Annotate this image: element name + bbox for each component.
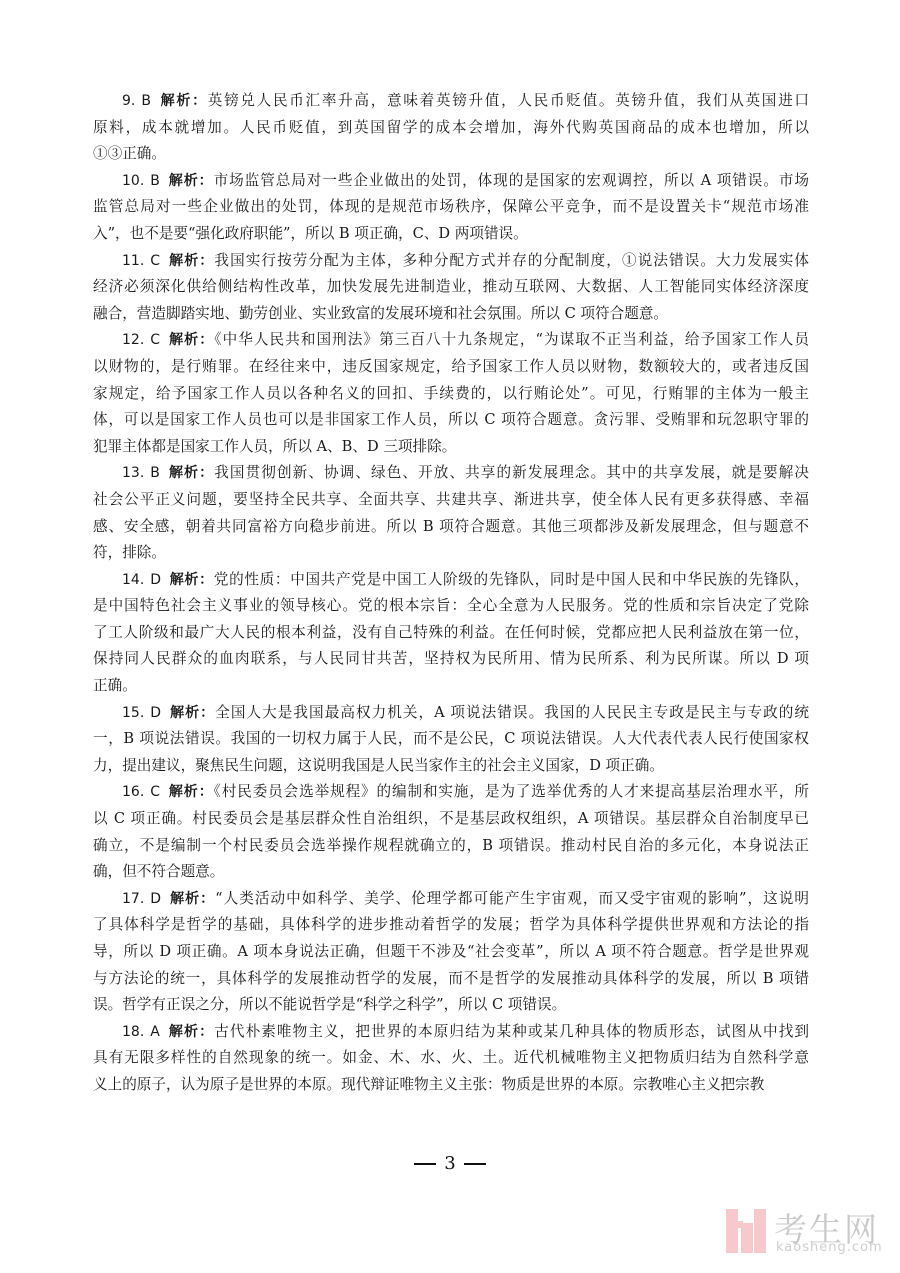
question-number: 12. bbox=[122, 332, 144, 348]
answer-line: 力，提出建议，聚焦民生问题，这说明我国是人民当家作主的社会主义国家，D 项正确。 bbox=[93, 753, 809, 780]
question-number: 9. bbox=[122, 93, 135, 109]
explanation-text: 符，排除。 bbox=[93, 544, 166, 561]
answer-line: 误。哲学有正误之分，所以不能说哲学是“科学之科学”，所以 C 项错误。 bbox=[93, 992, 809, 1019]
explanation-text: 是中国特色社会主义事业的领导核心。党的根本宗旨：全心全意为人民服务。党的性质和宗… bbox=[93, 597, 809, 614]
answer-first-line: 9.B解析：英镑兑人民币汇率升高，意味着英镑升值，人民币贬值。英镑升值，我们从英… bbox=[93, 88, 809, 115]
page-number: 3 bbox=[0, 1153, 900, 1174]
answer-item: 16.C解析：《村民委员会选举规程》的编制和实施，是为了选举优秀的人才来提高基层… bbox=[93, 779, 809, 885]
answer-line: 感、安全感，朝着共同富裕方向稳步前进。所以 B 项符合题意。其他三项都涉及新发展… bbox=[93, 514, 809, 541]
dash-right bbox=[464, 1163, 486, 1165]
answer-line: 原料，成本就增加。人民币贬值，到英国留学的成本会增加，海外代购英国商品的成本也增… bbox=[93, 115, 809, 142]
watermark: 考生网 kaosheng.com bbox=[726, 1204, 896, 1264]
answer-letter: B bbox=[150, 465, 160, 481]
answer-letter: C bbox=[150, 332, 160, 348]
answer-line: 入”，也不是要“强化政府职能”，所以 B 项正确，C、D 两项错误。 bbox=[93, 221, 809, 248]
answer-line: 保持同人民群众的血肉联系，与人民同甘共苦，坚持权为民所用、情为民所系、利为民所谋… bbox=[93, 646, 809, 673]
explanation-text: 社会公平正义问题，要坚持全民共享、全面共享、共建共享、渐进共享，使全体人民有更多… bbox=[93, 491, 809, 508]
answer-letter: A bbox=[150, 1024, 160, 1040]
analysis-label: 解析： bbox=[169, 572, 214, 588]
answer-line: 经济必须深化供给侧结构性改革，加快发展先进制造业，推动互联网、大数据、人工智能同… bbox=[93, 274, 809, 301]
answer-first-line: 16.C解析：《村民委员会选举规程》的编制和实施，是为了选举优秀的人才来提高基层… bbox=[93, 779, 809, 806]
answer-line: 社会公平正义问题，要坚持全民共享、全面共享、共建共享、渐进共享，使全体人民有更多… bbox=[93, 487, 809, 514]
answer-letter: C bbox=[150, 784, 160, 800]
analysis-label: 解析： bbox=[159, 93, 208, 109]
answer-first-line: 15.D解析：全国人大是我国最高权力机关，A 项说法错误。我国的人民民主专政是民… bbox=[93, 700, 809, 727]
answer-line: 监管总局对一些企业做出的处罚，体现的是规范市场秩序，保障公平竞争，而不是设置关卡… bbox=[93, 194, 809, 221]
explanation-text: 误。哲学有正误之分，所以不能说哲学是“科学之科学”，所以 C 项错误。 bbox=[93, 996, 566, 1013]
explanation-text: 古代朴素唯物主义，把世界的本原归结为某种或某几种具体的物质形态，试图从中找到 bbox=[214, 1023, 809, 1040]
analysis-label: 解析： bbox=[168, 332, 214, 348]
answer-line: 家规定，给予国家工作人员以各种名义的回扣、手续费的，以行贿论处”。可见，行贿罪的… bbox=[93, 381, 809, 408]
answer-line: 正确。 bbox=[93, 673, 809, 700]
answer-item: 12.C解析：《中华人民共和国刑法》第三百八十九条规定，“为谋取不正当利益，给予… bbox=[93, 327, 809, 460]
explanation-text: 犯罪主体都是国家工作人员，所以 A、B、D 三项排除。 bbox=[93, 438, 456, 455]
explanation-text: 具有无限多样性的自然现象的统一。如金、木、水、火、土。近代机械唯物主义把物质归结… bbox=[93, 1049, 809, 1066]
explanation-text: 义上的原子，认为原子是世界的本原。现代辩证唯物主义主张：物质是世界的本原。宗教唯… bbox=[93, 1076, 764, 1093]
answer-line: 以财物的，是行贿罪。在经往来中，违反国家规定，给予国家工作人员以财物，数额较大的… bbox=[93, 354, 809, 381]
answer-line: 符，排除。 bbox=[93, 540, 809, 567]
dash-left bbox=[414, 1163, 436, 1165]
answer-line: 犯罪主体都是国家工作人员，所以 A、B、D 三项排除。 bbox=[93, 434, 809, 461]
answer-letter: B bbox=[141, 93, 151, 109]
answer-item: 13.B解析：我国贯彻创新、协调、绿色、开放、共享的新发展理念。其中的共享发展，… bbox=[93, 460, 809, 566]
answer-line: 义上的原子，认为原子是世界的本原。现代辩证唯物主义主张：物质是世界的本原。宗教唯… bbox=[93, 1072, 809, 1099]
answer-item: 18.A解析：古代朴素唯物主义，把世界的本原归结为某种或某几种具体的物质形态，试… bbox=[93, 1019, 809, 1099]
explanation-text: 党的性质：中国共产党是中国工人阶级的先锋队，同时是中国人民和中华民族的先锋队， bbox=[214, 571, 809, 588]
analysis-label: 解析： bbox=[168, 784, 214, 800]
answer-line: 以 C 项正确。村民委员会是基层群众性自治组织，不是基层政权组织，A 项错误。基… bbox=[93, 806, 809, 833]
explanation-text: 全国人大是我国最高权力机关，A 项说法错误。我国的人民民主专政是民主与专政的统 bbox=[215, 704, 809, 721]
answer-letter: D bbox=[150, 705, 161, 721]
answer-line: 融合，营造脚踏实地、勤劳创业、实业致富的发展环境和社会氛围。所以 C 项符合题意… bbox=[93, 301, 809, 328]
answer-first-line: 10.B解析：市场监管总局对一些企业做出的处罚，体现的是国家的宏观调控，所以 A… bbox=[93, 168, 809, 195]
answer-letter: D bbox=[150, 572, 161, 588]
answer-item: 10.B解析：市场监管总局对一些企业做出的处罚，体现的是国家的宏观调控，所以 A… bbox=[93, 168, 809, 248]
explanation-text: 家规定，给予国家工作人员以各种名义的回扣、手续费的，以行贿论处”。可见，行贿罪的… bbox=[93, 385, 809, 402]
answer-letter: D bbox=[150, 891, 161, 907]
answer-line: ①③正确。 bbox=[93, 141, 809, 168]
explanation-text: 与方法论的统一，具体科学的发展推动哲学的发展，而不是哲学的发展推动具体科学的发展… bbox=[93, 970, 809, 987]
answer-line: 具有无限多样性的自然现象的统一。如金、木、水、火、土。近代机械唯物主义把物质归结… bbox=[93, 1045, 809, 1072]
page-number-text: 3 bbox=[444, 1153, 455, 1174]
answer-letter: C bbox=[150, 253, 160, 269]
answer-line: 了具体科学是哲学的基础，具体科学的进步推动着哲学的发展；哲学为具体科学提供世界观… bbox=[93, 912, 809, 939]
answer-line: 导，所以 D 项正确。A 项本身说法正确，但题干不涉及“社会变革”，所以 A 项… bbox=[93, 939, 809, 966]
question-number: 11. bbox=[122, 253, 144, 269]
explanation-text: 确立，不是编制一个村民委员会选举操作规程就确立的，B 项错误。推动村民自治的多元… bbox=[93, 837, 809, 854]
answer-letter: B bbox=[150, 173, 160, 189]
question-number: 13. bbox=[122, 465, 144, 481]
explanation-text: 《村民委员会选举规程》的编制和实施，是为了选举优秀的人才来提高基层治理水平，所 bbox=[214, 783, 809, 800]
answer-item: 9.B解析：英镑兑人民币汇率升高，意味着英镑升值，人民币贬值。英镑升值，我们从英… bbox=[93, 88, 809, 168]
answer-first-line: 14.D解析：党的性质：中国共产党是中国工人阶级的先锋队，同时是中国人民和中华民… bbox=[93, 567, 809, 594]
answer-line: 是中国特色社会主义事业的领导核心。党的根本宗旨：全心全意为人民服务。党的性质和宗… bbox=[93, 593, 809, 620]
answer-item: 15.D解析：全国人大是我国最高权力机关，A 项说法错误。我国的人民民主专政是民… bbox=[93, 700, 809, 780]
analysis-label: 解析： bbox=[168, 253, 214, 269]
question-number: 15. bbox=[122, 705, 144, 721]
question-number: 10. bbox=[122, 173, 144, 189]
explanation-text: 英镑兑人民币汇率升高，意味着英镑升值，人民币贬值。英镑升值，我们从英国进口 bbox=[208, 92, 809, 109]
watermark-domain: kaosheng.com bbox=[776, 1240, 883, 1255]
explanation-text: 一，B 项说法错误。我国的一切权力属于人民，而不是公民，C 项说法错误。人大代表… bbox=[93, 730, 809, 747]
explanation-text: 经济必须深化供给侧结构性改革，加快发展先进制造业，推动互联网、大数据、人工智能同… bbox=[93, 278, 809, 295]
answer-line: 了工人阶级和最广大人民的根本利益，没有自己特殊的利益。在任何时候，党都应把人民利… bbox=[93, 620, 809, 647]
answer-line: 一，B 项说法错误。我国的一切权力属于人民，而不是公民，C 项说法错误。人大代表… bbox=[93, 726, 809, 753]
analysis-label: 解析： bbox=[169, 705, 215, 721]
question-number: 17. bbox=[122, 891, 144, 907]
answer-item: 11.C解析：我国实行按劳分配为主体，多种分配方式并存的分配制度，①说法错误。大… bbox=[93, 248, 809, 328]
explanation-text: 融合，营造脚踏实地、勤劳创业、实业致富的发展环境和社会氛围。所以 C 项符合题意… bbox=[93, 305, 668, 322]
explanation-text: 确，但不符合题意。 bbox=[93, 863, 224, 880]
answer-line: 与方法论的统一，具体科学的发展推动哲学的发展，而不是哲学的发展推动具体科学的发展… bbox=[93, 966, 809, 993]
explanation-text: 力，提出建议，聚焦民生问题，这说明我国是人民当家作主的社会主义国家，D 项正确。 bbox=[93, 757, 664, 774]
answer-line: 确立，不是编制一个村民委员会选举操作规程就确立的，B 项错误。推动村民自治的多元… bbox=[93, 833, 809, 860]
answer-first-line: 17.D解析：“人类活动中如科学、美学、伦理学都可能产生宇宙观，而又受宇宙观的影… bbox=[93, 886, 809, 913]
explanation-text: 体，可以是国家工作人员也可以是非国家工作人员，所以 C 项符合题意。贪污罪、受贿… bbox=[93, 411, 809, 428]
question-number: 18. bbox=[122, 1024, 144, 1040]
explanation-text: 《中华人民共和国刑法》第三百八十九条规定，“为谋取不正当利益，给予国家工作人员 bbox=[214, 331, 809, 348]
answer-line: 体，可以是国家工作人员也可以是非国家工作人员，所以 C 项符合题意。贪污罪、受贿… bbox=[93, 407, 809, 434]
explanation-text: 以财物的，是行贿罪。在经往来中，违反国家规定，给予国家工作人员以财物，数额较大的… bbox=[93, 358, 809, 375]
explanation-text: 以 C 项正确。村民委员会是基层群众性自治组织，不是基层政权组织，A 项错误。基… bbox=[93, 810, 809, 827]
answer-explanations: 9.B解析：英镑兑人民币汇率升高，意味着英镑升值，人民币贬值。英镑升值，我们从英… bbox=[93, 88, 809, 1099]
explanation-text: 正确。 bbox=[93, 677, 137, 694]
explanation-text: “人类活动中如科学、美学、伦理学都可能产生宇宙观，而又受宇宙观的影响”，这说明 bbox=[215, 890, 809, 907]
explanation-text: 市场监管总局对一些企业做出的处罚，体现的是国家的宏观调控，所以 A 项错误。市场 bbox=[214, 172, 809, 189]
answer-first-line: 18.A解析：古代朴素唯物主义，把世界的本原归结为某种或某几种具体的物质形态，试… bbox=[93, 1019, 809, 1046]
explanation-text: 导，所以 D 项正确。A 项本身说法正确，但题干不涉及“社会变革”，所以 A 项… bbox=[93, 943, 809, 960]
analysis-label: 解析： bbox=[168, 173, 214, 189]
question-number: 16. bbox=[122, 784, 144, 800]
explanation-text: ①③正确。 bbox=[93, 145, 166, 162]
answer-first-line: 11.C解析：我国实行按劳分配为主体，多种分配方式并存的分配制度，①说法错误。大… bbox=[93, 248, 809, 275]
explanation-text: 感、安全感，朝着共同富裕方向稳步前进。所以 B 项符合题意。其他三项都涉及新发展… bbox=[93, 518, 809, 535]
explanation-text: 监管总局对一些企业做出的处罚，体现的是规范市场秩序，保障公平竞争，而不是设置关卡… bbox=[93, 198, 809, 215]
answer-item: 17.D解析：“人类活动中如科学、美学、伦理学都可能产生宇宙观，而又受宇宙观的影… bbox=[93, 886, 809, 1019]
answer-first-line: 13.B解析：我国贯彻创新、协调、绿色、开放、共享的新发展理念。其中的共享发展，… bbox=[93, 460, 809, 487]
explanation-text: 我国贯彻创新、协调、绿色、开放、共享的新发展理念。其中的共享发展，就是要解决 bbox=[214, 464, 809, 481]
explanation-text: 了工人阶级和最广大人民的根本利益，没有自己特殊的利益。在任何时候，党都应把人民利… bbox=[93, 624, 809, 641]
question-number: 14. bbox=[122, 572, 144, 588]
analysis-label: 解析： bbox=[169, 891, 215, 907]
analysis-label: 解析： bbox=[168, 465, 214, 481]
explanation-text: 我国实行按劳分配为主体，多种分配方式并存的分配制度，①说法错误。大力发展实体 bbox=[214, 252, 809, 269]
answer-first-line: 12.C解析：《中华人民共和国刑法》第三百八十九条规定，“为谋取不正当利益，给予… bbox=[93, 327, 809, 354]
explanation-text: 保持同人民群众的血肉联系，与人民同甘共苦，坚持权为民所用、情为民所系、利为民所谋… bbox=[93, 650, 809, 667]
answer-item: 14.D解析：党的性质：中国共产党是中国工人阶级的先锋队，同时是中国人民和中华民… bbox=[93, 567, 809, 700]
explanation-text: 入”，也不是要“强化政府职能”，所以 B 项正确，C、D 两项错误。 bbox=[93, 225, 528, 242]
kaosheng-logo-icon bbox=[726, 1209, 766, 1253]
explanation-text: 原料，成本就增加。人民币贬值，到英国留学的成本会增加，海外代购英国商品的成本也增… bbox=[93, 119, 809, 136]
analysis-label: 解析： bbox=[168, 1024, 214, 1040]
answer-line: 确，但不符合题意。 bbox=[93, 859, 809, 886]
explanation-text: 了具体科学是哲学的基础，具体科学的进步推动着哲学的发展；哲学为具体科学提供世界观… bbox=[93, 916, 809, 933]
